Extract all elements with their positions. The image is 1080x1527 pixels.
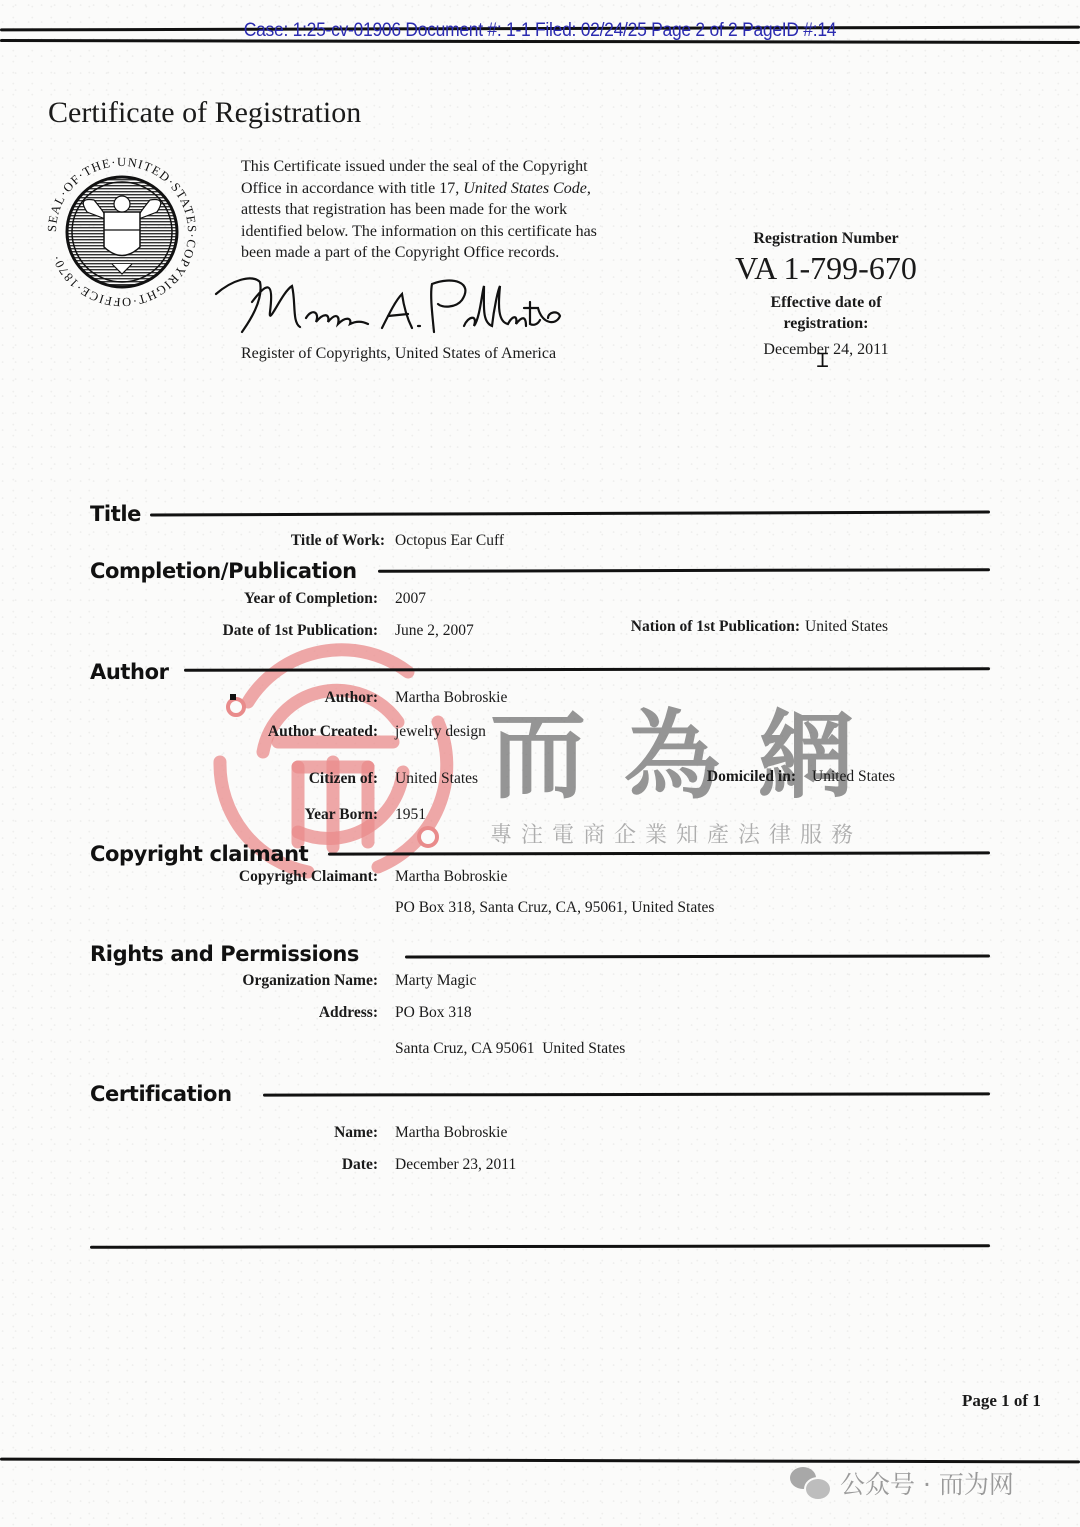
section-rule [405,954,990,958]
year-of-completion-value: 2007 [395,590,426,608]
author-created-label: Author Created: [268,723,378,741]
intro-line: This Certificate issued under the seal o… [241,158,588,175]
organization-name-value: Marty Magic [395,972,476,990]
registration-number-label: Registration Number [720,230,932,248]
wechat-watermark: 公众号 · 而为网 [790,1465,1014,1501]
page-number: Page 1 of 1 [962,1391,1041,1411]
text-cursor-icon: Ɪ [817,346,828,373]
registration-block: Registration Number VA 1-799-670 Effecti… [720,230,932,359]
rights-address-label: Address: [319,1004,378,1022]
effective-date-label: Effective date of registration: [720,292,932,334]
author-label: Author: [325,689,378,707]
section-rule [184,667,990,671]
section-heading-title: Title [90,502,141,526]
section-rule [378,568,990,573]
wechat-account-text: 公众号 · 而为网 [840,1465,1014,1501]
intro-line: been made a part of the Copyright Office… [241,244,559,261]
effective-date-label-line: Effective date of [770,294,881,311]
intro-italic: United States Code, [463,180,591,197]
year-of-completion-label: Year of Completion: [244,590,378,608]
bottom-rule [0,1458,1080,1464]
citizen-of-label: Citizen of: [309,770,378,788]
certification-name-value: Martha Bobroskie [395,1124,507,1142]
domiciled-in-label: Domiciled in: [707,768,796,786]
author-bullet [230,694,236,700]
date-of-publication-label: Date of 1st Publication: [223,622,378,640]
copyright-claimant-address: PO Box 318, Santa Cruz, CA, 95061, Unite… [395,899,714,917]
watermark-brand: 而為網 [490,680,892,817]
certification-date-value: December 23, 2011 [395,1156,516,1174]
intro-line: Office in accordance with title 17, [241,180,463,197]
certification-name-label: Name: [334,1124,378,1142]
registration-number: VA 1-799-670 [720,250,932,286]
intro-line: attests that registration has been made … [241,201,567,218]
section-heading-author: Author [90,660,169,684]
section-heading-completion: Completion/Publication [90,559,357,583]
nation-of-publication-value: United States [805,618,888,636]
year-born-value: 1951 [395,806,426,824]
copyright-claimant-value: Martha Bobroskie [395,868,507,886]
effective-date-label-line: registration: [783,315,868,332]
rights-address-line-2: Santa Cruz, CA 95061 United States [395,1040,625,1058]
copyright-office-seal-icon: SEAL·OF·THE·UNITED·STATES·COPYRIGHT·OFFI… [42,152,202,312]
title-of-work-value: Octopus Ear Cuff [395,532,504,550]
section-heading-certification: Certification [90,1082,232,1106]
section-rule [328,851,990,855]
organization-name-label: Organization Name: [242,972,378,990]
wechat-icon [790,1465,832,1501]
nation-of-publication-label: Nation of 1st Publication: [631,618,800,636]
watermark-tagline: 專注電商企業知產法律服務 [490,818,862,849]
section-heading-rights: Rights and Permissions [90,942,359,966]
register-signature [212,272,572,342]
title-of-work-label: Title of Work: [291,532,385,550]
section-rule [150,511,990,517]
intro-line: identified below. The information on thi… [241,223,597,240]
certification-date-label: Date: [342,1156,378,1174]
author-value: Martha Bobroskie [395,689,507,707]
author-created-value: jewelry design [395,723,486,741]
rights-address-line-1: PO Box 318 [395,1004,472,1022]
citizen-of-value: United States [395,770,478,788]
date-of-publication-value: June 2, 2007 [395,622,474,640]
section-rule [263,1092,990,1096]
domiciled-in-value: United States [812,768,895,786]
copyright-claimant-label: Copyright Claimant: [239,868,378,886]
register-of-copyrights: Register of Copyrights, United States of… [241,345,556,363]
case-header: Case: 1:25-cv-01906 Document #: 1-1 File… [43,20,1037,42]
certificate-intro: This Certificate issued under the seal o… [241,156,661,264]
year-born-label: Year Born: [305,806,378,824]
closing-rule [90,1244,990,1249]
certificate-title: Certificate of Registration [48,96,361,130]
section-heading-claimant: Copyright claimant [90,842,308,866]
